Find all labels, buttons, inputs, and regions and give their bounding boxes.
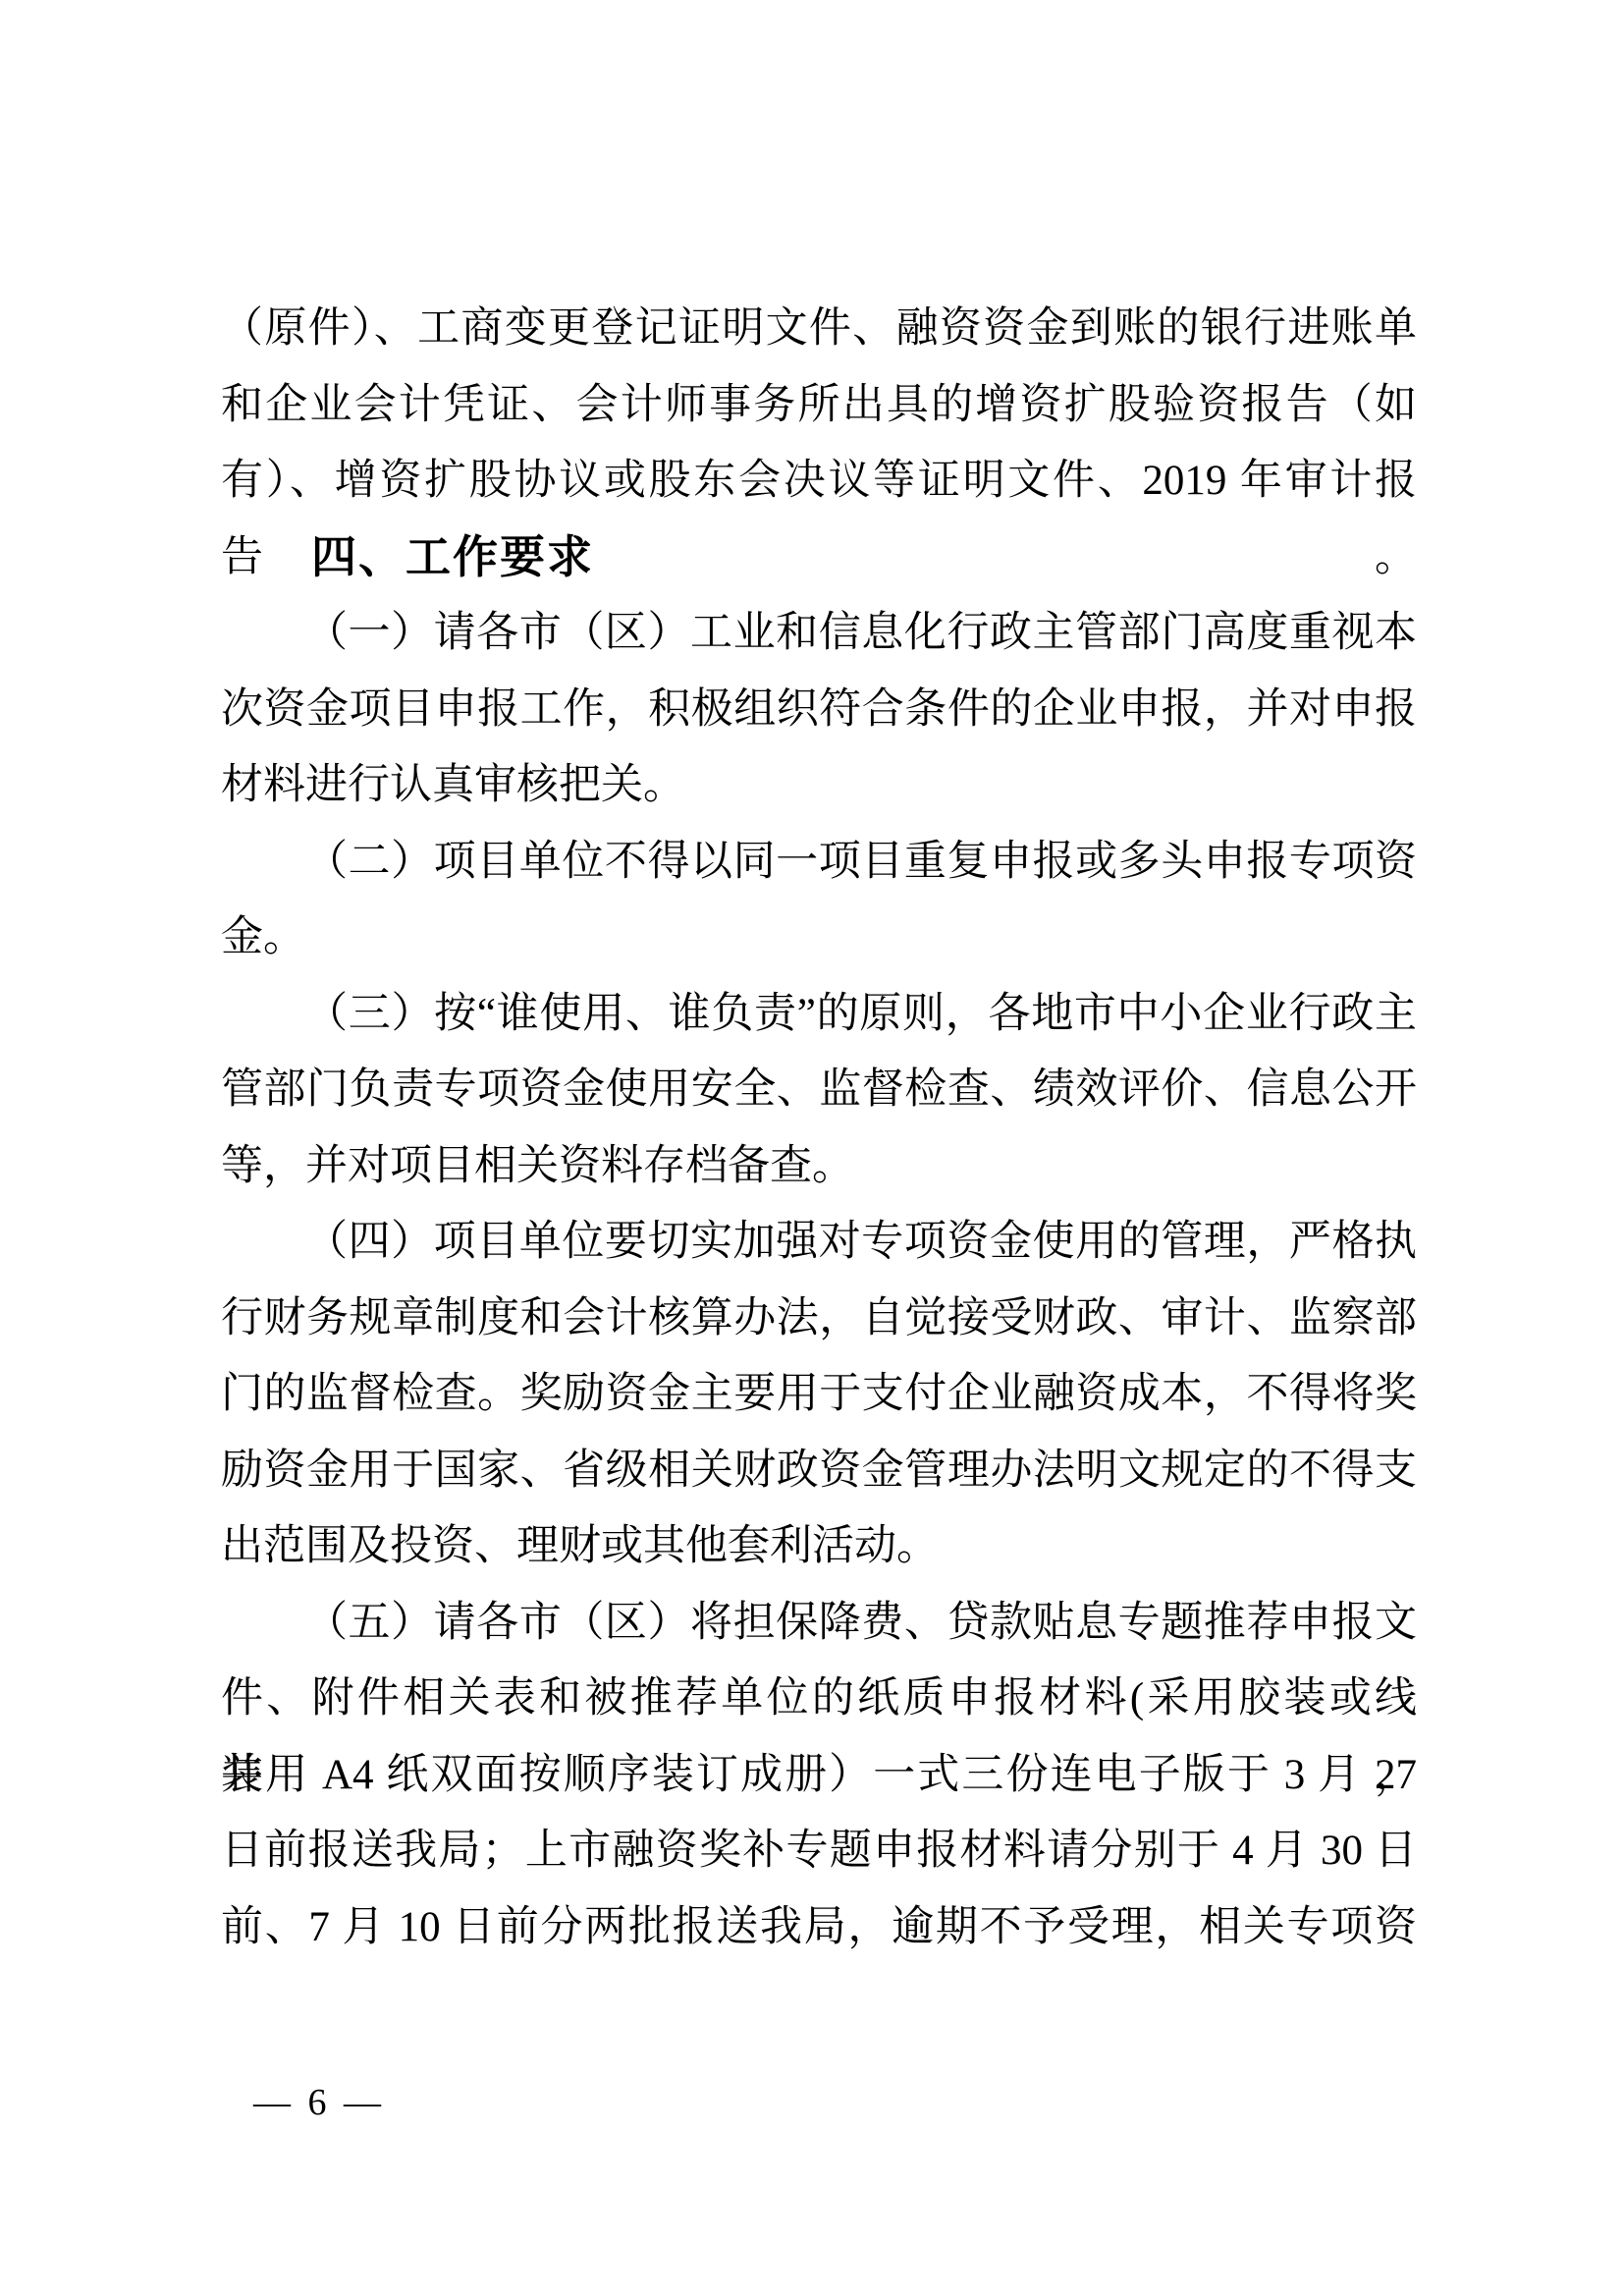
text-line: 并用 A4 纸双面按顺序装订成册）一式三份连电子版于 3 月 27 xyxy=(221,1737,1417,1814)
document-body: （原件）、工商变更登记证明文件、融资资金到账的银行进账单和企业会计凭证、会计师事… xyxy=(221,291,1417,1965)
text-line: （一）请各市（区）工业和信息化行政主管部门高度重视本 xyxy=(221,595,1417,672)
text-line: 金。 xyxy=(221,900,1417,976)
text-line: 次资金项目申报工作，积极组织符合条件的企业申报，并对申报 xyxy=(221,672,1417,748)
text-line: （二）项目单位不得以同一项目重复申报或多头申报专项资 xyxy=(221,824,1417,901)
text-line: （三）按“谁使用、谁负责”的原则，各地市中小企业行政主 xyxy=(221,976,1417,1053)
text-line: （四）项目单位要切实加强对专项资金使用的管理，严格执 xyxy=(221,1204,1417,1281)
document-page: （原件）、工商变更登记证明文件、融资资金到账的银行进账单和企业会计凭证、会计师事… xyxy=(0,0,1623,2296)
text-line: 等，并对项目相关资料存档备查。 xyxy=(221,1128,1417,1205)
text-line: 日前报送我局；上市融资奖补专题申报材料请分别于 4 月 30 日 xyxy=(221,1813,1417,1889)
page-number: — 6 — xyxy=(253,2080,381,2125)
text-line: 励资金用于国家、省级相关财政资金管理办法明文规定的不得支 xyxy=(221,1433,1417,1509)
text-line: 有）、增资扩股协议或股东会决议等证明文件、2019 年审计报告。 xyxy=(221,443,1417,519)
text-line: 和企业会计凭证、会计师事务所出具的增资扩股验资报告（如 xyxy=(221,367,1417,444)
text-line: （五）请各市（区）将担保降费、贷款贴息专题推荐申报文 xyxy=(221,1585,1417,1662)
text-line: 件、附件相关表和被推荐单位的纸质申报材料(采用胶装或线装， xyxy=(221,1661,1417,1737)
text-line: 前、7 月 10 日前分两批报送我局，逾期不予受理，相关专项资 xyxy=(221,1889,1417,1966)
text-line: 行财务规章制度和会计核算办法，自觉接受财政、审计、监察部 xyxy=(221,1281,1417,1357)
text-line: （原件）、工商变更登记证明文件、融资资金到账的银行进账单 xyxy=(221,291,1417,367)
text-line: 管部门负责专项资金使用安全、监督检查、绩效评价、信息公开 xyxy=(221,1052,1417,1128)
text-line: 出范围及投资、理财或其他套利活动。 xyxy=(221,1508,1417,1585)
text-line: 材料进行认真审核把关。 xyxy=(221,747,1417,824)
text-line: 门的监督检查。奖励资金主要用于支付企业融资成本，不得将奖 xyxy=(221,1356,1417,1433)
